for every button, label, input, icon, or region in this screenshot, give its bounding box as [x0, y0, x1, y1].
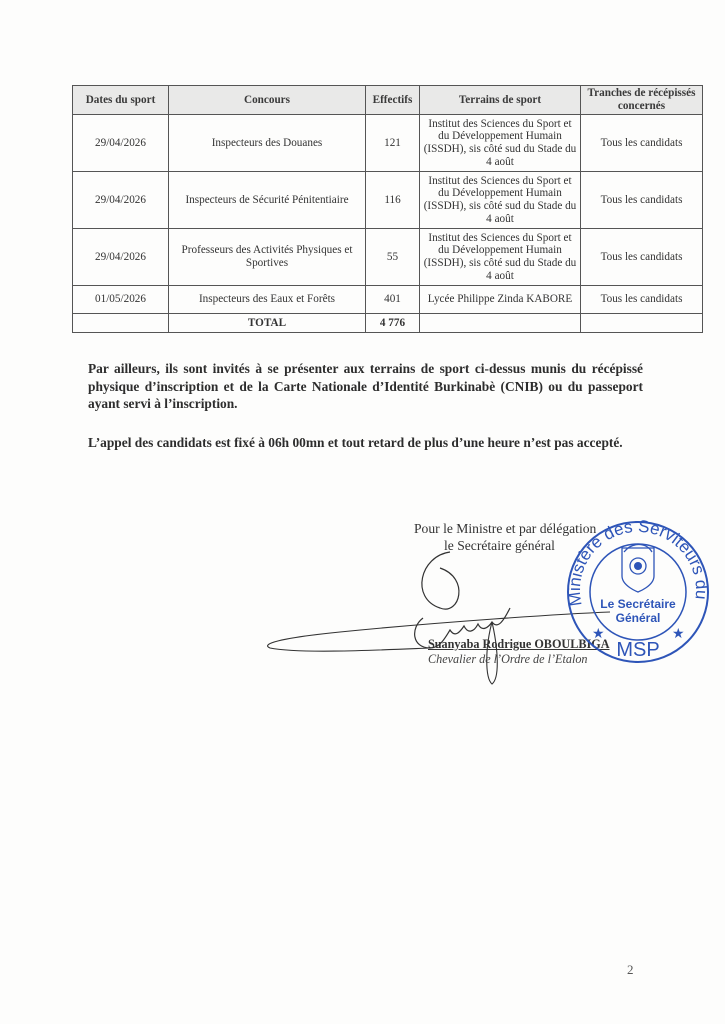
- cell-terrain: Institut des Sciences du Sport et du Dév…: [420, 229, 581, 286]
- page-number: 2: [627, 962, 634, 978]
- cell-concours: Inspecteurs des Eaux et Forêts: [169, 286, 366, 314]
- cell-terrain: Institut des Sciences du Sport et du Dév…: [420, 172, 581, 229]
- cell-tranches: Tous les candidats: [581, 286, 703, 314]
- cell-concours: Professeurs des Activités Physiques et S…: [169, 229, 366, 286]
- paragraph-documents-required: Par ailleurs, ils sont invités à se prés…: [88, 360, 643, 413]
- schedule-table: Dates du sport Concours Effectifs Terrai…: [72, 85, 703, 333]
- paragraph-roll-call: L’appel des candidats est fixé à 06h 00m…: [88, 434, 643, 452]
- table-row: 29/04/2026 Inspecteurs de Sécurité Pénit…: [73, 172, 703, 229]
- official-stamp-icon: Ministère des Serviteurs du Peuple Le Se…: [562, 510, 712, 670]
- cell-date: 29/04/2026: [73, 172, 169, 229]
- stamp-abbrev: MSP: [616, 639, 659, 661]
- cell-tranches: Tous les candidats: [581, 115, 703, 172]
- table-total-row: TOTAL 4 776: [73, 314, 703, 333]
- cell-terrain: Lycée Philippe Zinda KABORE: [420, 286, 581, 314]
- table-header-row: Dates du sport Concours Effectifs Terrai…: [73, 86, 703, 115]
- header-tranches: Tranches de récépissés concernés: [581, 86, 703, 115]
- table-row: 29/04/2026 Inspecteurs des Douanes 121 I…: [73, 115, 703, 172]
- header-dates: Dates du sport: [73, 86, 169, 115]
- header-terrains: Terrains de sport: [420, 86, 581, 115]
- table-row: 01/05/2026 Inspecteurs des Eaux et Forêt…: [73, 286, 703, 314]
- cell-empty: [420, 314, 581, 333]
- cell-tranches: Tous les candidats: [581, 172, 703, 229]
- cell-concours: Inspecteurs de Sécurité Pénitentiaire: [169, 172, 366, 229]
- cell-effectifs: 116: [366, 172, 420, 229]
- total-label: TOTAL: [169, 314, 366, 333]
- cell-terrain: Institut des Sciences du Sport et du Dév…: [420, 115, 581, 172]
- stamp-inner-line2: Général: [616, 611, 661, 625]
- star-icon: ★: [592, 627, 605, 642]
- cell-concours: Inspecteurs des Douanes: [169, 115, 366, 172]
- star-icon: ★: [672, 627, 685, 642]
- stamp-inner-line1: Le Secrétaire: [600, 597, 676, 611]
- cell-empty: [581, 314, 703, 333]
- header-effectifs: Effectifs: [366, 86, 420, 115]
- header-concours: Concours: [169, 86, 366, 115]
- document-page: Dates du sport Concours Effectifs Terrai…: [0, 0, 725, 1024]
- cell-empty: [73, 314, 169, 333]
- cell-date: 01/05/2026: [73, 286, 169, 314]
- cell-effectifs: 401: [366, 286, 420, 314]
- cell-date: 29/04/2026: [73, 229, 169, 286]
- cell-effectifs: 55: [366, 229, 420, 286]
- total-value: 4 776: [366, 314, 420, 333]
- cell-date: 29/04/2026: [73, 115, 169, 172]
- table-row: 29/04/2026 Professeurs des Activités Phy…: [73, 229, 703, 286]
- cell-effectifs: 121: [366, 115, 420, 172]
- cell-tranches: Tous les candidats: [581, 229, 703, 286]
